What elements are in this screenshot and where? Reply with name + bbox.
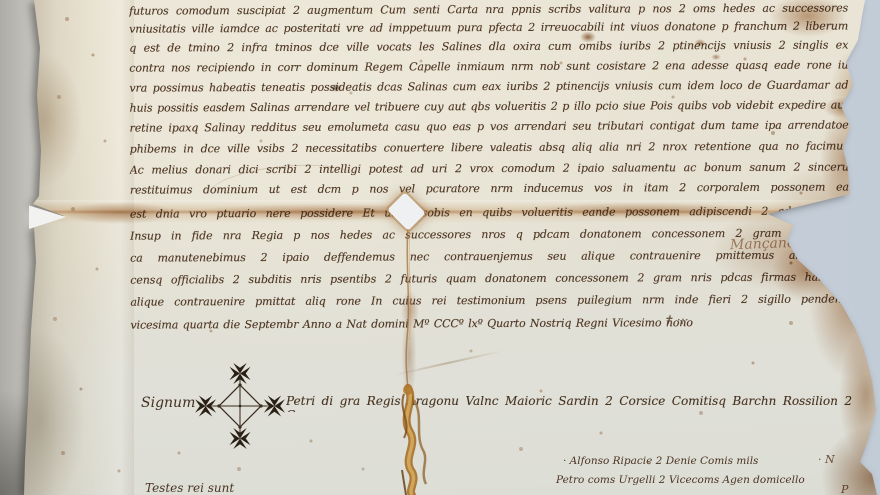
- text-line: censq officialibs 2 subditis nris psenti…: [130, 270, 849, 287]
- text-line: phibems in dce ville vsibs 2 necessitati…: [130, 139, 849, 156]
- text-line: huis possitis easdem Salinas arrendare v…: [129, 98, 848, 115]
- text-line: q est de tmino 2 infra tminos dce ville …: [129, 38, 848, 55]
- text-line: restituimus dominium ut est dcm p nos ve…: [130, 180, 849, 197]
- faded-text-fragment: dos: [840, 267, 858, 278]
- text-line: Ac melius donari dici scribi 2 intelligi…: [130, 160, 849, 177]
- faint-scratch: [393, 350, 503, 376]
- margin-fragment: · N: [818, 453, 835, 466]
- margin-fragment: P: [841, 483, 848, 495]
- royal-titulature-line: Petri di gra Regis Aragonu Valnc Maioric…: [286, 394, 852, 412]
- speckle-dots: [0, 0, 2, 2]
- witness-line: · Alfonso Ripacie 2 Denie Comis mils: [563, 455, 758, 467]
- text-line: alique contrauenire pmittat aliq rone In…: [130, 292, 849, 309]
- text-line: retine ipaxq Salinay redditus seu emolum…: [130, 118, 849, 135]
- signum-label: Signum: [141, 395, 195, 411]
- witness-line: Petro coms Urgelli 2 Vicecoms Agen domic…: [556, 474, 805, 486]
- faded-flourish-fragment: Mançanes: [730, 235, 803, 254]
- parchment-wrapper: futuros comodum suscipiat 2 augmentum Cu…: [0, 0, 880, 495]
- text-line: contra nos recipiendo in corr dominum Re…: [129, 58, 848, 75]
- text-line: vra possimus habeatis teneatis possideat…: [129, 78, 848, 95]
- text-line: futuros comodum suscipiat 2 augmentum Cu…: [129, 1, 848, 18]
- royal-signum-maltese-cross-icon: [192, 362, 288, 450]
- testes-heading-fragment: Testes rei sunt: [145, 481, 234, 495]
- text-line: vniusitatis ville iamdce ac posteritati …: [129, 19, 848, 36]
- manuscript-photo: futuros comodum suscipiat 2 augmentum Cu…: [0, 0, 880, 495]
- left-curl-shading: [24, 0, 134, 495]
- text-block: futuros comodum suscipiat 2 augmentum Cu…: [129, 1, 848, 4]
- date-line: vicesima quarta die Septembr Anno a Nat …: [130, 316, 698, 332]
- notarial-mark: ✝ ·:·: [663, 313, 689, 327]
- parchment: futuros comodum suscipiat 2 augmentum Cu…: [0, 0, 880, 495]
